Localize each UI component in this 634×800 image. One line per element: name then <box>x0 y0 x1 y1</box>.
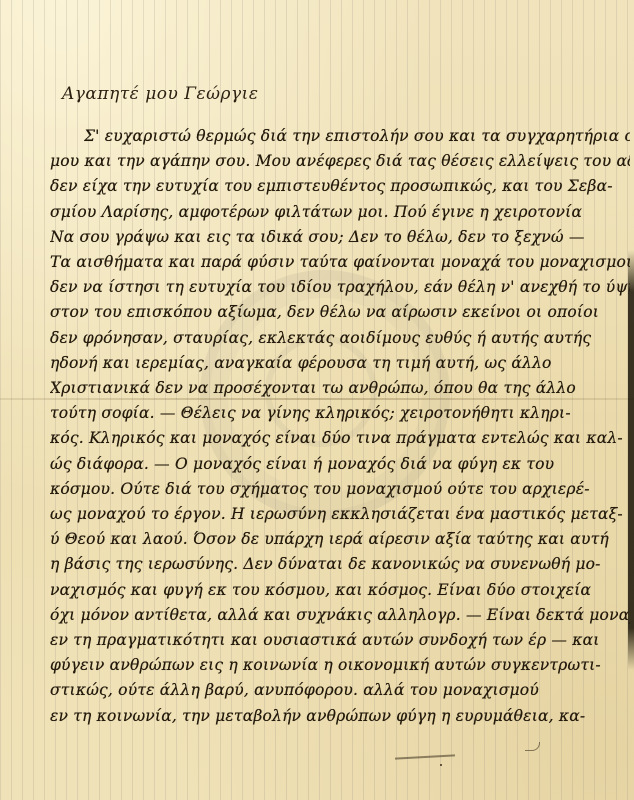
ink-flourish <box>525 742 540 751</box>
handwritten-line: Να σου γράψω και εις τα ιδικά σου; Δεν τ… <box>50 228 630 246</box>
handwritten-line: δεν είχα την ευτυχία του εμπιστευθέντος … <box>50 177 630 195</box>
handwritten-line: ναχισμός και φυγή εκ του κόσμου, και κόσ… <box>50 581 630 599</box>
handwritten-line: ύ Θεού και λαού. Όσον δε υπάρχη ιερά αίρ… <box>50 530 630 548</box>
handwritten-line: όχι μόνον αντίθετα, αλλά και συχνάκις αλ… <box>50 606 630 624</box>
handwritten-line: εν τη κοινωνία, την μεταβολήν ανθρώπων φ… <box>50 707 630 725</box>
handwritten-line: Τα αισθήματα και παρά φύσιν ταύτα φαίνον… <box>50 253 630 271</box>
handwritten-line: δεν να ίστησι τη ευτυχία του ιδίου τραχή… <box>50 278 630 296</box>
handwritten-line: εν τη πραγματικότητι και ουσιαστικά αυτώ… <box>50 631 630 649</box>
handwritten-line: φύγειν ανθρώπων εις η κοινωνία η οικονομ… <box>50 656 630 674</box>
handwritten-line: σμίου Λαρίσης, αμφοτέρων φιλτάτων μοι. Π… <box>50 203 630 221</box>
handwritten-line: ηδονή και ιερεμίας, αναγκαία φέρουσα τη … <box>50 354 630 372</box>
handwritten-line: στικώς, ούτε άλλη βαρύ, ανυπόφορου. αλλά… <box>50 681 630 699</box>
handwritten-line: στον του επισκόπου αξίωμα, δεν θέλω να α… <box>50 303 630 321</box>
closing-dash <box>395 754 455 759</box>
salutation: Αγαπητέ μου Γεώργιε <box>62 84 258 104</box>
handwritten-line: δεν φρόνησαν, σταυρίας, εκλεκτάς αοιδίμο… <box>50 329 630 347</box>
letter-body: Αγαπητέ μου Γεώργιε Σ' ευχαριστώ θερμώς … <box>0 0 634 800</box>
handwritten-line: ως μοναχού το έργον. Η ιερωσύνη εκκλησιά… <box>50 505 630 523</box>
ink-dot <box>440 764 442 766</box>
handwritten-line: τούτη σοφία. — Θέλεις να γίνης κληρικός;… <box>50 404 630 422</box>
handwritten-line: Σ' ευχαριστώ θερμώς διά την επιστολήν σο… <box>84 127 630 145</box>
handwritten-line: Χριστιανικά δεν να προσέχονται τω ανθρώπ… <box>50 379 630 397</box>
handwritten-line: μου και την αγάπην σου. Μου ανέφερες διά… <box>50 152 630 170</box>
handwritten-line: η βάσις της ιερωσύνης. Δεν δύναται δε κα… <box>50 555 630 573</box>
handwritten-line: ώς διάφορα. — Ο μοναχός είναι ή μοναχός … <box>50 455 630 473</box>
letter-page: Αγαπητέ μου Γεώργιε Σ' ευχαριστώ θερμώς … <box>0 0 634 800</box>
handwritten-line: κός. Κληρικός και μοναχός είναι δύο τινα… <box>50 429 630 447</box>
handwritten-line: κόσμου. Ούτε διά του σχήματος του μοναχι… <box>50 480 630 498</box>
